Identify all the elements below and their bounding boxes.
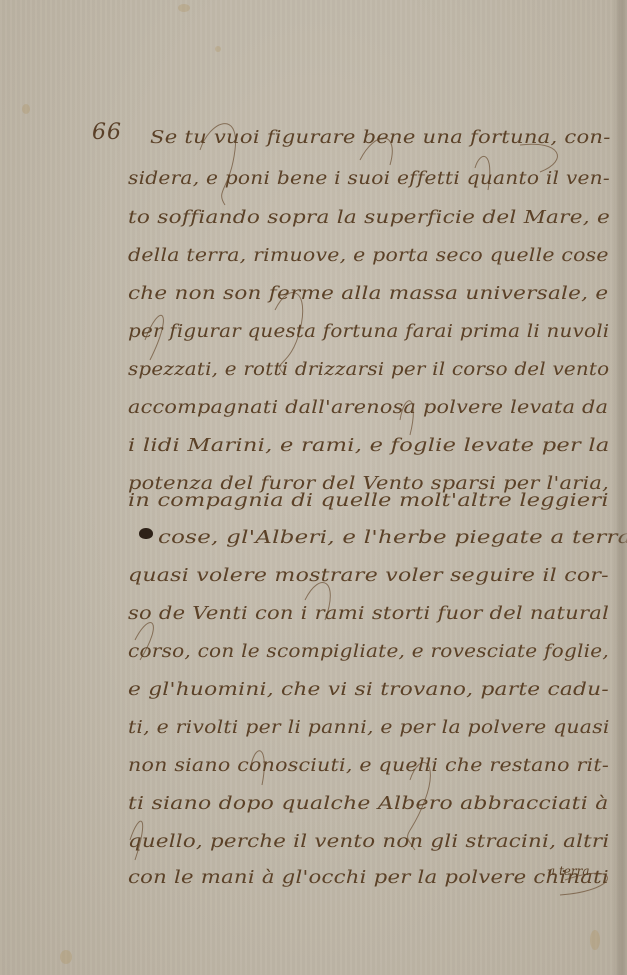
text-line-5: che non son ferme alla massa universale,…: [128, 284, 627, 304]
ink-blot: [139, 528, 153, 539]
text-line-16: e gl'huomini, che vi si trovano, parte c…: [128, 680, 627, 700]
catchword: a terra: [548, 864, 590, 878]
text-line-13: quasi volere mostrare voler seguire il c…: [128, 566, 627, 586]
text-line-19: ti siano dopo qualche Albero abbracciati…: [128, 794, 627, 814]
text-line-14: so de Venti con i rami storti fuor del n…: [128, 604, 627, 624]
text-line-17: ti, e rivolti per li panni, e per la pol…: [128, 718, 627, 738]
text-line-2: sidera, e poni bene i suoi effetti quant…: [128, 169, 627, 189]
manuscript-text: Se tu vuoi figurare bene una fortuna, co…: [0, 0, 627, 975]
page-edge-shadow: [613, 0, 627, 975]
text-line-7: spezzati, e rotti drizzarsi per il corso…: [128, 360, 627, 380]
text-line-4: della terra, rimuove, e porta seco quell…: [128, 246, 627, 266]
text-line-15: corso, con le scompigliate, e rovesciate…: [128, 642, 627, 662]
text-line-11: in compagnia di quelle molt'altre leggie…: [128, 491, 627, 511]
manuscript-page: 66 Se tu vuoi figurare bene una fortuna,…: [0, 0, 627, 975]
text-line-12: cose, gl'Alberi, e l'herbe piegate a ter…: [158, 528, 627, 548]
text-line-3: to soffiando sopra la superficie del Mar…: [128, 208, 627, 228]
text-line-20: quello, perche il vento non gli stracini…: [128, 832, 627, 852]
text-line-6: per figurar questa fortuna farai prima l…: [128, 322, 627, 342]
text-line-8: accompagnati dall'arenosa polvere levata…: [128, 398, 627, 418]
text-line-1: Se tu vuoi figurare bene una fortuna, co…: [150, 128, 627, 148]
text-line-9: i lidi Marini, e rami, e foglie levate p…: [128, 436, 627, 456]
text-line-18: non siano conosciuti, e quelli che resta…: [128, 756, 627, 776]
